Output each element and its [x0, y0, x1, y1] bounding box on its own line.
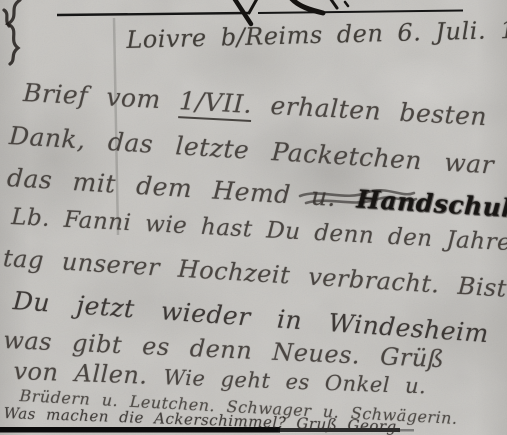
body-line-8-big: von Allen. — [13, 357, 164, 390]
postcard-scan: Loivre b/Reims den 6. Juli. 1915. Brief … — [0, 0, 507, 435]
date-fraction-underlined: 1/VII. — [178, 86, 253, 122]
header-rule-line-right — [258, 11, 463, 14]
margin-ink-scribble — [4, 0, 20, 64]
header-rule-line-left — [57, 13, 248, 15]
